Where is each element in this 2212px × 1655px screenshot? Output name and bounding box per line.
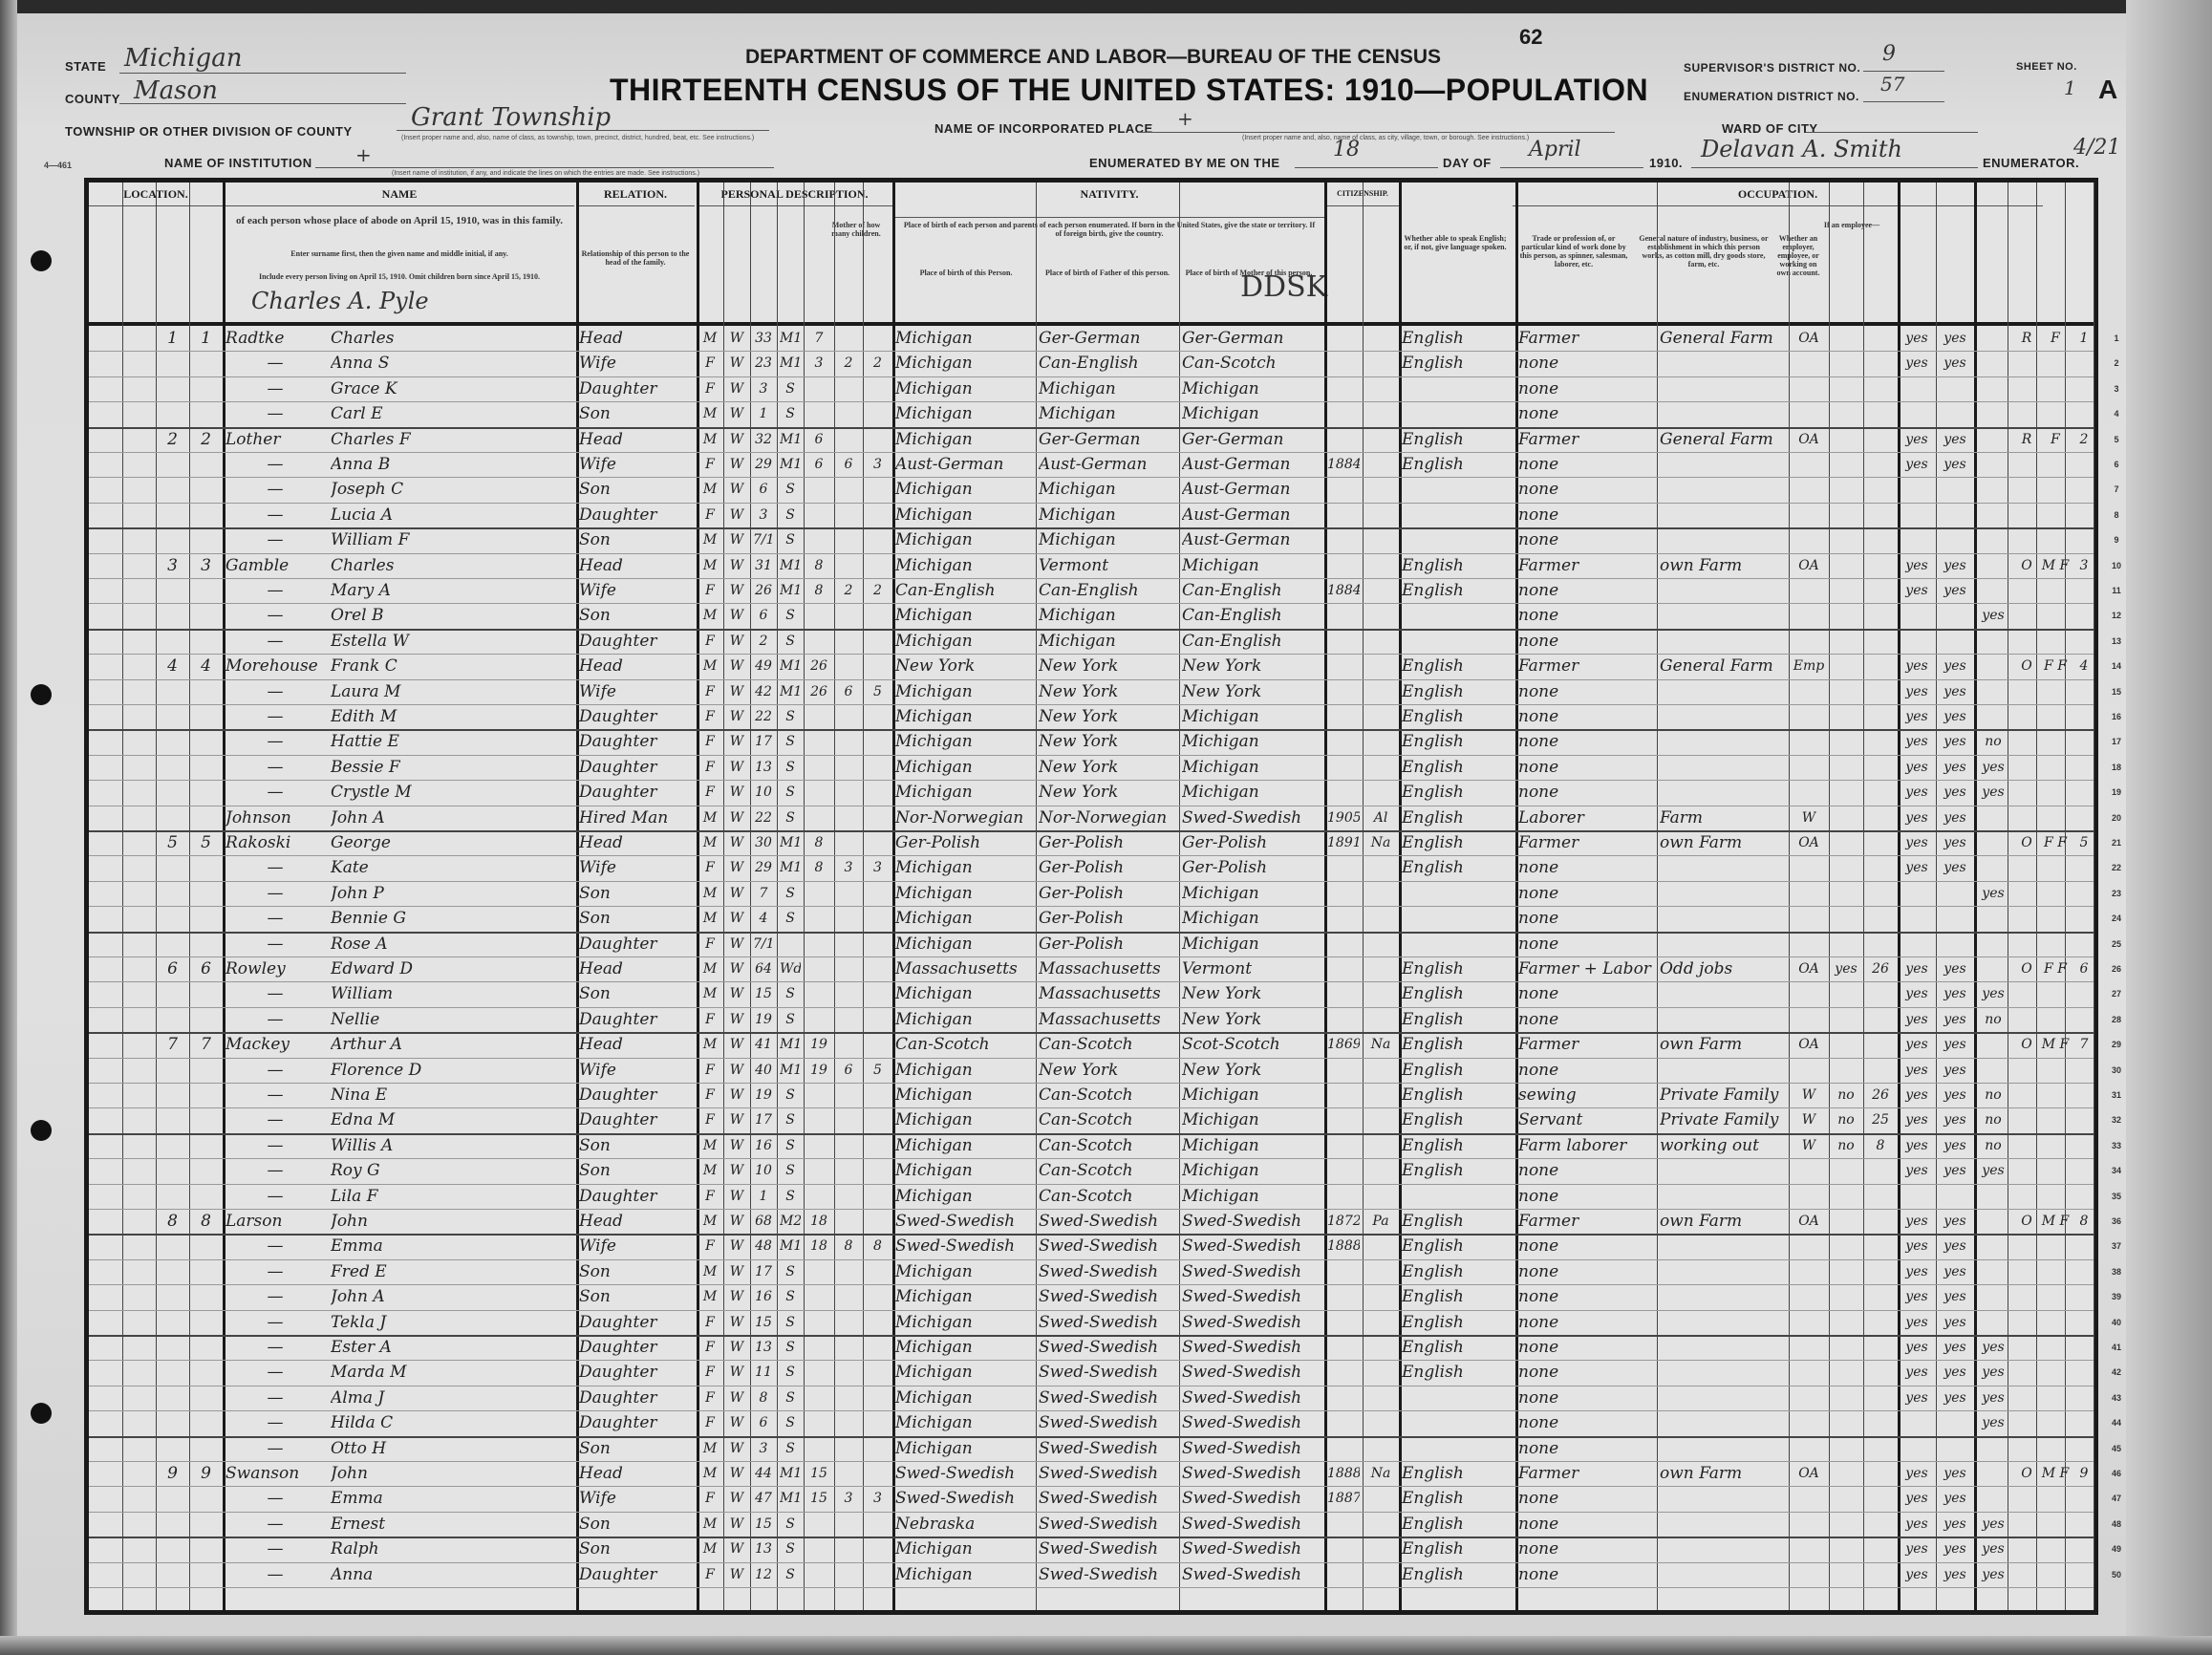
cell-immigration bbox=[1327, 1386, 1360, 1410]
cell-unemployed bbox=[1832, 1158, 1860, 1183]
cell-children-living bbox=[866, 1184, 890, 1209]
line-number: 7 bbox=[2107, 484, 2126, 494]
line-number: 42 bbox=[2107, 1367, 2126, 1377]
line-number: 5 bbox=[2107, 435, 2126, 444]
cell-trade: none bbox=[1518, 1234, 1654, 1258]
cell-naturalized bbox=[1365, 932, 1396, 956]
cell-naturalized bbox=[1365, 1184, 1396, 1209]
cell-language bbox=[1402, 401, 1513, 426]
cell-relation: Son bbox=[579, 881, 694, 906]
cell-home bbox=[2012, 1410, 2041, 1435]
cell-immigration bbox=[1327, 654, 1360, 678]
cell-farm-home bbox=[2041, 1284, 2070, 1309]
cell-trade: none bbox=[1518, 1158, 1654, 1183]
cell-children-born bbox=[837, 1410, 860, 1435]
cell-age: 2 bbox=[753, 629, 774, 654]
cell-read bbox=[1901, 376, 1933, 401]
cell-race: W bbox=[726, 452, 747, 477]
cell-relation: Son bbox=[579, 906, 694, 931]
line-number: 35 bbox=[2107, 1192, 2126, 1201]
cell-birth-father: Ger-German bbox=[1039, 326, 1176, 351]
cell-birth-person: Michigan bbox=[895, 1158, 1033, 1183]
cell-industry: own Farm bbox=[1660, 553, 1786, 578]
cell-age: 17 bbox=[753, 729, 774, 754]
cell-farm-home bbox=[2041, 629, 2070, 654]
binding-hole bbox=[31, 1403, 52, 1424]
cell-birth-mother: Michigan bbox=[1182, 1133, 1321, 1158]
cell-schedule bbox=[2070, 629, 2098, 654]
cell-employer bbox=[1792, 881, 1826, 906]
cell-write: yes bbox=[1939, 679, 1971, 704]
cell-farm-home bbox=[2041, 780, 2070, 805]
cell-years-married bbox=[806, 1436, 831, 1461]
cell-naturalized bbox=[1365, 981, 1396, 1006]
cell-age: 19 bbox=[753, 1083, 774, 1107]
cell-children-living bbox=[866, 629, 890, 654]
cell-sex: M bbox=[699, 654, 720, 678]
cell-children-born bbox=[837, 1032, 860, 1057]
cell-birth-mother: Swed-Swedish bbox=[1182, 1209, 1321, 1234]
cell-schedule bbox=[2070, 729, 2098, 754]
cell-family bbox=[192, 477, 220, 502]
cell-children-living: 5 bbox=[866, 1058, 890, 1083]
cell-schedule bbox=[2070, 1007, 2098, 1032]
cell-employer: W bbox=[1792, 1083, 1826, 1107]
cell-naturalized bbox=[1365, 427, 1396, 452]
cell-read bbox=[1901, 629, 1933, 654]
cell-relation: Wife bbox=[579, 1234, 694, 1258]
cell-age: 13 bbox=[753, 1335, 774, 1360]
cell-industry bbox=[1660, 932, 1786, 956]
cell-home bbox=[2012, 603, 2041, 628]
cell-employer bbox=[1792, 1512, 1826, 1537]
cell-employer bbox=[1792, 1184, 1826, 1209]
cell-industry: Private Family bbox=[1660, 1107, 1786, 1132]
column-divider bbox=[1657, 183, 1658, 1610]
cell-children-living bbox=[866, 806, 890, 830]
cell-employer bbox=[1792, 1360, 1826, 1385]
cell-birth-person: Aust-German bbox=[895, 452, 1033, 477]
cell-home bbox=[2012, 1512, 2041, 1537]
cell-children-living bbox=[866, 981, 890, 1006]
cell-farm-home bbox=[2041, 603, 2070, 628]
cell-school: no bbox=[1977, 1133, 2009, 1158]
cell-school bbox=[1977, 527, 2009, 552]
cell-birth-father: Nor-Norwegian bbox=[1039, 806, 1176, 830]
cell-age: 44 bbox=[753, 1461, 774, 1486]
cell-weeks bbox=[1866, 855, 1895, 880]
cell-birth-father: Swed-Swedish bbox=[1039, 1486, 1176, 1511]
cell-industry bbox=[1660, 503, 1786, 527]
cell-employer bbox=[1792, 503, 1826, 527]
cell-school bbox=[1977, 830, 2009, 855]
cell-trade: none bbox=[1518, 1386, 1654, 1410]
cell-farm-home bbox=[2041, 1310, 2070, 1335]
cell-birth-person: Michigan bbox=[895, 932, 1033, 956]
cell-employer bbox=[1792, 1335, 1826, 1360]
cell-weeks bbox=[1866, 906, 1895, 931]
cell-schedule bbox=[2070, 704, 2098, 729]
cell-unemployed bbox=[1832, 1410, 1860, 1435]
cell-surname: — bbox=[225, 401, 325, 426]
cell-children-living bbox=[866, 326, 890, 351]
cell-home bbox=[2012, 1133, 2041, 1158]
cell-trade: Farmer bbox=[1518, 553, 1654, 578]
cell-school bbox=[1977, 1259, 2009, 1284]
cell-language: English bbox=[1402, 553, 1513, 578]
column-divider bbox=[750, 183, 751, 1610]
cell-farm-home bbox=[2041, 1007, 2070, 1032]
cell-family: 1 bbox=[192, 326, 220, 351]
cell-age: 64 bbox=[753, 956, 774, 981]
cell-birth-mother: Swed-Swedish bbox=[1182, 1461, 1321, 1486]
line-number: 36 bbox=[2107, 1216, 2126, 1226]
cell-weeks bbox=[1866, 1512, 1895, 1537]
cell-years-married bbox=[806, 477, 831, 502]
cell-employer bbox=[1792, 1158, 1826, 1183]
cell-language: English bbox=[1402, 1234, 1513, 1258]
cell-birth-father: Swed-Swedish bbox=[1039, 1386, 1176, 1410]
cell-age: 10 bbox=[753, 1158, 774, 1183]
cell-home bbox=[2012, 578, 2041, 603]
cell-farm-home bbox=[2041, 578, 2070, 603]
cell-marital: M1 bbox=[780, 553, 801, 578]
cell-family bbox=[192, 704, 220, 729]
cell-weeks bbox=[1866, 1436, 1895, 1461]
cell-sex: F bbox=[699, 729, 720, 754]
cell-children-living bbox=[866, 376, 890, 401]
cell-children-living bbox=[866, 830, 890, 855]
cell-naturalized bbox=[1365, 1537, 1396, 1561]
cell-children-born bbox=[837, 1259, 860, 1284]
cell-dwelling bbox=[159, 780, 186, 805]
state-line bbox=[119, 73, 406, 74]
cell-home bbox=[2012, 1058, 2041, 1083]
cell-write bbox=[1939, 932, 1971, 956]
cell-race: W bbox=[726, 881, 747, 906]
cell-family: 2 bbox=[192, 427, 220, 452]
cell-read: yes bbox=[1901, 679, 1933, 704]
line-number: 46 bbox=[2107, 1469, 2126, 1478]
cell-dwelling: 8 bbox=[159, 1209, 186, 1234]
cell-school bbox=[1977, 806, 2009, 830]
cell-employer bbox=[1792, 729, 1826, 754]
cell-unemployed bbox=[1832, 553, 1860, 578]
cell-age: 7/12 bbox=[753, 527, 774, 552]
cell-family: 8 bbox=[192, 1209, 220, 1234]
cell-read bbox=[1901, 1410, 1933, 1435]
enumerator-mark: 4/21 bbox=[2073, 136, 2120, 160]
cell-birth-father: Swed-Swedish bbox=[1039, 1259, 1176, 1284]
cell-race: W bbox=[726, 503, 747, 527]
cell-farm-home bbox=[2041, 452, 2070, 477]
cell-children-born bbox=[837, 1184, 860, 1209]
cell-language: English bbox=[1402, 679, 1513, 704]
cell-birth-mother: Ger-German bbox=[1182, 326, 1321, 351]
cell-birth-father: Can-Scotch bbox=[1039, 1184, 1176, 1209]
cell-farm-home: M F bbox=[2041, 1209, 2070, 1234]
cell-family bbox=[192, 906, 220, 931]
cell-farm-home bbox=[2041, 1184, 2070, 1209]
cell-employer bbox=[1792, 679, 1826, 704]
cell-race: W bbox=[726, 704, 747, 729]
cell-birth-person: Michigan bbox=[895, 1133, 1033, 1158]
cell-dwelling bbox=[159, 906, 186, 931]
cell-home bbox=[2012, 679, 2041, 704]
cell-age: 22 bbox=[753, 806, 774, 830]
cell-naturalized bbox=[1365, 956, 1396, 981]
cell-children-born bbox=[837, 1562, 860, 1587]
cell-unemployed bbox=[1832, 503, 1860, 527]
cell-birth-father: Can-Scotch bbox=[1039, 1158, 1176, 1183]
cell-years-married bbox=[806, 704, 831, 729]
cell-birth-person: Michigan bbox=[895, 906, 1033, 931]
cell-naturalized bbox=[1365, 1234, 1396, 1258]
cell-marital: S bbox=[780, 1007, 801, 1032]
cell-employer bbox=[1792, 401, 1826, 426]
cell-industry: own Farm bbox=[1660, 1209, 1786, 1234]
township-hint: (Insert proper name and, also, name of c… bbox=[401, 135, 754, 141]
cell-immigration bbox=[1327, 981, 1360, 1006]
cell-weeks bbox=[1866, 1360, 1895, 1385]
cell-immigration bbox=[1327, 679, 1360, 704]
cell-home bbox=[2012, 1158, 2041, 1183]
cell-sex: F bbox=[699, 755, 720, 780]
cell-home: O bbox=[2012, 1209, 2041, 1234]
cell-schedule bbox=[2070, 477, 2098, 502]
cell-language bbox=[1402, 477, 1513, 502]
cell-birth-person: Michigan bbox=[895, 1058, 1033, 1083]
cell-employer bbox=[1792, 1410, 1826, 1435]
cell-home bbox=[2012, 1107, 2041, 1132]
binding-hole bbox=[31, 1120, 52, 1141]
cell-trade: none bbox=[1518, 1335, 1654, 1360]
cell-birth-mother: Swed-Swedish bbox=[1182, 1386, 1321, 1410]
cell-years-married bbox=[806, 1410, 831, 1435]
cell-naturalized bbox=[1365, 881, 1396, 906]
cell-read: yes bbox=[1901, 1234, 1933, 1258]
cell-employer bbox=[1792, 1284, 1826, 1309]
cell-dwelling bbox=[159, 503, 186, 527]
cell-unemployed bbox=[1832, 477, 1860, 502]
cell-naturalized bbox=[1365, 1335, 1396, 1360]
cell-weeks bbox=[1866, 503, 1895, 527]
line-number: 43 bbox=[2107, 1393, 2126, 1403]
cell-age: 13 bbox=[753, 755, 774, 780]
cell-birth-person: Michigan bbox=[895, 855, 1033, 880]
cell-children-born bbox=[837, 1158, 860, 1183]
cell-industry bbox=[1660, 906, 1786, 931]
cell-home bbox=[2012, 1562, 2041, 1587]
cell-birth-father: Massachusetts bbox=[1039, 981, 1176, 1006]
cell-write: yes bbox=[1939, 1107, 1971, 1132]
cell-sex: F bbox=[699, 351, 720, 376]
cell-schedule bbox=[2070, 906, 2098, 931]
cell-sex: M bbox=[699, 477, 720, 502]
cell-immigration: 1891 bbox=[1327, 830, 1360, 855]
cell-school bbox=[1977, 1284, 2009, 1309]
cell-schedule bbox=[2070, 1537, 2098, 1561]
cell-read bbox=[1901, 477, 1933, 502]
cell-birth-person: Michigan bbox=[895, 755, 1033, 780]
cell-sex: M bbox=[699, 1436, 720, 1461]
cell-birth-mother: Michigan bbox=[1182, 906, 1321, 931]
cell-home bbox=[2012, 981, 2041, 1006]
cell-immigration bbox=[1327, 1107, 1360, 1132]
cell-read: yes bbox=[1901, 755, 1933, 780]
cell-children-living bbox=[866, 932, 890, 956]
cell-given: Ernest bbox=[331, 1512, 573, 1537]
cell-surname: Johnson bbox=[225, 806, 325, 830]
cell-marital: M1 bbox=[780, 452, 801, 477]
cell-language bbox=[1402, 503, 1513, 527]
cell-birth-father: New York bbox=[1039, 654, 1176, 678]
cell-naturalized bbox=[1365, 855, 1396, 880]
cell-employer: OA bbox=[1792, 553, 1826, 578]
cell-read: yes bbox=[1901, 553, 1933, 578]
cell-years-married bbox=[806, 629, 831, 654]
cell-relation: Daughter bbox=[579, 1360, 694, 1385]
cell-naturalized bbox=[1365, 1133, 1396, 1158]
cell-birth-mother: Michigan bbox=[1182, 1158, 1321, 1183]
scan-edge-right bbox=[2126, 0, 2212, 1655]
cell-years-married bbox=[806, 1512, 831, 1537]
cell-dwelling bbox=[159, 679, 186, 704]
cell-naturalized: Na bbox=[1365, 1461, 1396, 1486]
cell-surname: — bbox=[225, 906, 325, 931]
cell-dwelling bbox=[159, 1058, 186, 1083]
cell-school bbox=[1977, 1234, 2009, 1258]
cell-given: Bessie F bbox=[331, 755, 573, 780]
cell-trade: Laborer bbox=[1518, 806, 1654, 830]
cell-relation: Daughter bbox=[579, 503, 694, 527]
line-number: 34 bbox=[2107, 1166, 2126, 1175]
cell-read bbox=[1901, 401, 1933, 426]
cell-employer: OA bbox=[1792, 326, 1826, 351]
cell-naturalized: Pa bbox=[1365, 1209, 1396, 1234]
cell-family bbox=[192, 629, 220, 654]
cell-children-living bbox=[866, 1562, 890, 1587]
cell-dwelling bbox=[159, 1083, 186, 1107]
cell-birth-person: Michigan bbox=[895, 679, 1033, 704]
cell-school bbox=[1977, 654, 2009, 678]
cell-farm-home bbox=[2041, 1537, 2070, 1561]
cell-language: English bbox=[1402, 1537, 1513, 1561]
column-divider bbox=[804, 183, 805, 1610]
name-instruction-2: Enter surname first, then the given name… bbox=[242, 249, 557, 258]
cell-school bbox=[1977, 1032, 2009, 1057]
cell-immigration bbox=[1327, 1158, 1360, 1183]
cell-naturalized bbox=[1365, 654, 1396, 678]
cell-age: 8 bbox=[753, 1386, 774, 1410]
cell-given: Hattie E bbox=[331, 729, 573, 754]
cell-industry bbox=[1660, 780, 1786, 805]
cell-school: yes bbox=[1977, 755, 2009, 780]
cell-children-born bbox=[837, 755, 860, 780]
cell-write: yes bbox=[1939, 1007, 1971, 1032]
cell-farm-home bbox=[2041, 1360, 2070, 1385]
cell-language bbox=[1402, 881, 1513, 906]
cell-sex: F bbox=[699, 1386, 720, 1410]
cell-children-born bbox=[837, 1512, 860, 1537]
scan-edge-bottom bbox=[0, 1636, 2212, 1655]
department-heading: DEPARTMENT OF COMMERCE AND LABOR—BUREAU … bbox=[745, 46, 1441, 69]
cell-birth-mother: Michigan bbox=[1182, 932, 1321, 956]
cell-birth-mother: Michigan bbox=[1182, 729, 1321, 754]
cell-years-married bbox=[806, 1335, 831, 1360]
cell-age: 16 bbox=[753, 1284, 774, 1309]
cell-language: English bbox=[1402, 1512, 1513, 1537]
cell-birth-mother: Swed-Swedish bbox=[1182, 1234, 1321, 1258]
cell-weeks bbox=[1866, 932, 1895, 956]
cell-years-married bbox=[806, 401, 831, 426]
cell-read: yes bbox=[1901, 1259, 1933, 1284]
cell-industry bbox=[1660, 1537, 1786, 1561]
cell-sex: F bbox=[699, 578, 720, 603]
cell-given: Edith M bbox=[331, 704, 573, 729]
cell-sex: F bbox=[699, 1007, 720, 1032]
cell-sex: M bbox=[699, 981, 720, 1006]
cell-marital: S bbox=[780, 1335, 801, 1360]
cell-given: Joseph C bbox=[331, 477, 573, 502]
cell-write: yes bbox=[1939, 855, 1971, 880]
cell-birth-mother: New York bbox=[1182, 679, 1321, 704]
cell-dwelling bbox=[159, 1386, 186, 1410]
cell-family bbox=[192, 503, 220, 527]
cell-surname: — bbox=[225, 477, 325, 502]
cell-employer: OA bbox=[1792, 830, 1826, 855]
cell-schedule bbox=[2070, 1133, 2098, 1158]
cell-given: Otto H bbox=[331, 1436, 573, 1461]
cell-children-living bbox=[866, 1386, 890, 1410]
cell-age: 26 bbox=[753, 578, 774, 603]
cell-school: yes bbox=[1977, 603, 2009, 628]
cell-surname: — bbox=[225, 1386, 325, 1410]
nativity-header: Place of birth of each person and parent… bbox=[901, 221, 1318, 238]
cell-home bbox=[2012, 1259, 2041, 1284]
cell-naturalized bbox=[1365, 401, 1396, 426]
cell-school: yes bbox=[1977, 1360, 2009, 1385]
cell-birth-mother: Swed-Swedish bbox=[1182, 1436, 1321, 1461]
cell-birth-father: Michigan bbox=[1039, 503, 1176, 527]
cell-weeks: 26 bbox=[1866, 956, 1895, 981]
cell-birth-mother: New York bbox=[1182, 654, 1321, 678]
cell-unemployed bbox=[1832, 806, 1860, 830]
cell-family bbox=[192, 1284, 220, 1309]
cell-trade: none bbox=[1518, 1284, 1654, 1309]
cell-sex: M bbox=[699, 956, 720, 981]
cell-school bbox=[1977, 376, 2009, 401]
cell-weeks bbox=[1866, 729, 1895, 754]
cell-farm-home bbox=[2041, 1158, 2070, 1183]
cell-school: yes bbox=[1977, 1158, 2009, 1183]
cell-children-born bbox=[837, 654, 860, 678]
cell-years-married: 26 bbox=[806, 654, 831, 678]
cell-sex: M bbox=[699, 603, 720, 628]
line-number: 47 bbox=[2107, 1494, 2126, 1503]
line-number: 49 bbox=[2107, 1544, 2126, 1554]
cell-write: yes bbox=[1939, 1386, 1971, 1410]
cell-unemployed bbox=[1832, 1360, 1860, 1385]
cell-school: yes bbox=[1977, 1537, 2009, 1561]
cell-marital: S bbox=[780, 1360, 801, 1385]
cell-farm-home bbox=[2041, 906, 2070, 931]
cell-given: Marda M bbox=[331, 1360, 573, 1385]
cell-language: English bbox=[1402, 1032, 1513, 1057]
cell-children-born bbox=[837, 780, 860, 805]
cell-immigration bbox=[1327, 1410, 1360, 1435]
cell-birth-person: Swed-Swedish bbox=[895, 1486, 1033, 1511]
